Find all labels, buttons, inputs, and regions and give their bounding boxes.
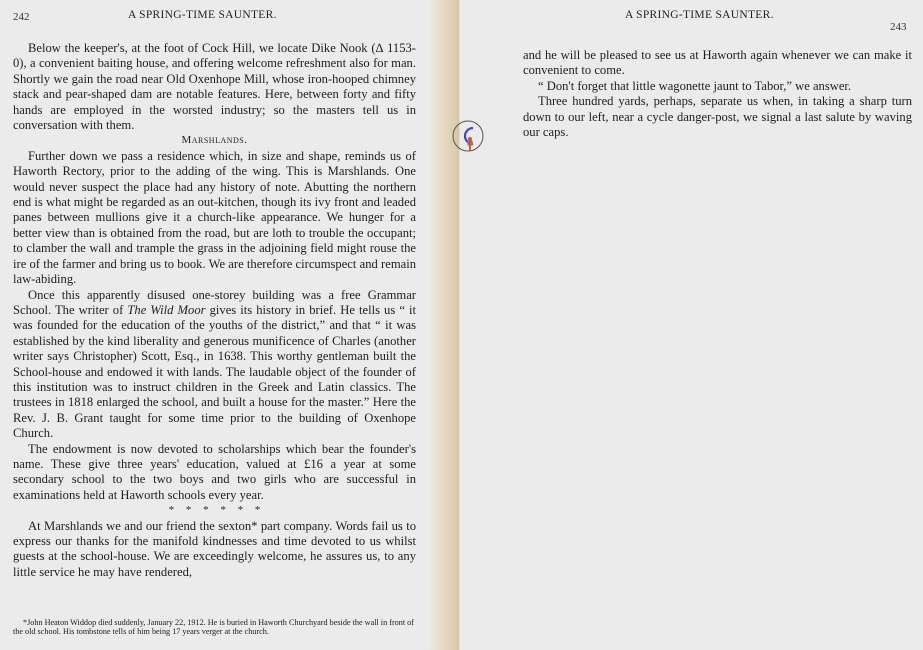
paragraph-endowment: The endowment is now devoted to scholars…: [13, 442, 416, 504]
footnote-text: *John Heaton Widdop died suddenly, Janua…: [13, 618, 414, 636]
page-number-left: 242: [13, 11, 30, 23]
paragraph-farewell: Three hundred yards, perhaps, separate u…: [523, 94, 912, 140]
left-page-body: Below the keeper's, at the foot of Cock …: [13, 41, 416, 580]
library-stamp-icon: [452, 120, 484, 152]
section-break: * * * * * *: [13, 503, 416, 518]
right-page: A SPRING-TIME SAUNTER. 243 and he will b…: [458, 0, 923, 650]
page-number-right: 243: [890, 21, 907, 33]
book-title: The Wild Moor: [127, 303, 205, 317]
text-span: gives its history in brief. He tells us …: [13, 303, 416, 440]
running-head-right: A SPRING-TIME SAUNTER.: [625, 9, 774, 21]
paragraph-dike-nook: Below the keeper's, at the foot of Cock …: [13, 41, 416, 133]
paragraph-marshlands: Further down we pass a residence which, …: [13, 149, 416, 288]
paragraph-closing: At Marshlands we and our friend the sext…: [13, 519, 416, 581]
right-page-body: and he will be pleased to see us at Hawo…: [523, 48, 912, 140]
footnote: *John Heaton Widdop died suddenly, Janua…: [13, 618, 414, 636]
book-gutter: [428, 0, 460, 650]
paragraph-grammar-school: Once this apparently disused one-storey …: [13, 288, 416, 442]
paragraph-tabor: “ Don't forget that little wagonette jau…: [523, 79, 912, 94]
left-page: 242 A SPRING-TIME SAUNTER. Below the kee…: [0, 0, 430, 650]
paragraph-continuation: and he will be pleased to see us at Hawo…: [523, 48, 912, 79]
running-head-left: A SPRING-TIME SAUNTER.: [128, 9, 277, 21]
section-heading-marshlands: Marshlands.: [13, 133, 416, 148]
